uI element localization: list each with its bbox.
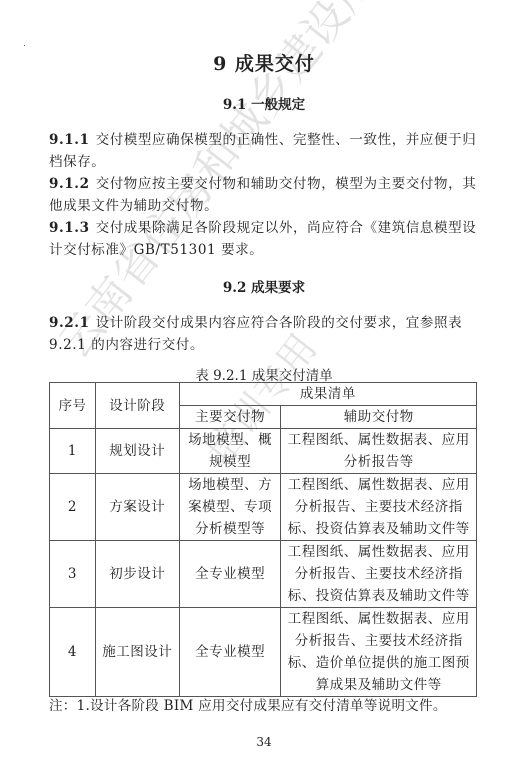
- cell-stage: 方案设计: [95, 474, 179, 541]
- clause-9-1-2: 9.1.2交付物应按主要交付物和辅助交付物，模型为主要交付物，其他成果文件为辅助…: [49, 173, 479, 217]
- cell-aux: 工程图纸、属性数据表、应用分析报告等: [281, 429, 477, 474]
- cell-aux: 工程图纸、属性数据表、应用分析报告、主要技术经济指标、投资估算表及辅助文件等: [281, 541, 477, 608]
- cell-seq: 3: [50, 541, 96, 608]
- scan-speck: [24, 45, 25, 46]
- deliverables-table: 序号 设计阶段 成果清单 主要交付物 辅助交付物 1 规划设计 场地模型、概规模…: [49, 382, 477, 697]
- table-note: 注：1.设计各阶段 BIM 应用交付成果应有交付清单等说明文件。: [49, 694, 447, 714]
- page-number: 34: [0, 735, 528, 749]
- section-heading-9-1: 9.1 一般规定: [0, 93, 528, 113]
- header-aux: 辅助交付物: [281, 406, 477, 429]
- cell-main: 全专业模型: [179, 541, 281, 608]
- clause-9-1-1: 9.1.1交付模型应确保模型的正确性、完整性、一致性，并应便于归档保存。: [49, 129, 479, 173]
- clause-9-2-1: 9.2.1设计阶段交付成果内容应符合各阶段的交付要求，宜参照表 9.2.1 的内…: [49, 312, 479, 356]
- cell-aux: 工程图纸、属性数据表、应用分析报告、主要技术经济指标、造价单位提供的施工图预算成…: [281, 608, 477, 697]
- table-row: 4 施工图设计 全专业模型 工程图纸、属性数据表、应用分析报告、主要技术经济指标…: [50, 608, 477, 697]
- cell-seq: 4: [50, 608, 96, 697]
- header-results: 成果清单: [179, 383, 476, 406]
- clause-text: 交付模型应确保模型的正确性、完整性、一致性，并应便于归档保存。: [49, 132, 476, 170]
- cell-seq: 1: [50, 429, 96, 474]
- clause-9-1-3: 9.1.3交付成果除满足各阶段规定以外，尚应符合《建筑信息模型设计交付标准》GB…: [49, 217, 479, 261]
- clause-number: 9.1.1: [49, 132, 90, 148]
- clause-text: 交付物应按主要交付物和辅助交付物，模型为主要交付物，其他成果文件为辅助交付物。: [49, 176, 476, 214]
- chapter-title: 9 成果交付: [0, 49, 528, 76]
- header-stage: 设计阶段: [95, 383, 179, 429]
- clause-number: 9.2.1: [49, 315, 90, 331]
- clause-text: 设计阶段交付成果内容应符合各阶段的交付要求，宜参照表 9.2.1 的内容进行交付…: [49, 315, 462, 353]
- cell-main: 全专业模型: [179, 608, 281, 697]
- cell-aux: 工程图纸、属性数据表、应用分析报告、主要技术经济指标、投资估算表及辅助文件等: [281, 474, 477, 541]
- table-row: 3 初步设计 全专业模型 工程图纸、属性数据表、应用分析报告、主要技术经济指标、…: [50, 541, 477, 608]
- header-main: 主要交付物: [179, 406, 281, 429]
- cell-stage: 施工图设计: [95, 608, 179, 697]
- table-row: 2 方案设计 场地模型、方案模型、专项分析模型等 工程图纸、属性数据表、应用分析…: [50, 474, 477, 541]
- header-seq: 序号: [50, 383, 96, 429]
- cell-main: 场地模型、概规模型: [179, 429, 281, 474]
- section-heading-9-2: 9.2 成果要求: [0, 276, 528, 296]
- table-caption: 表 9.2.1 成果交付清单: [0, 364, 528, 384]
- cell-stage: 规划设计: [95, 429, 179, 474]
- table-row: 1 规划设计 场地模型、概规模型 工程图纸、属性数据表、应用分析报告等: [50, 429, 477, 474]
- cell-stage: 初步设计: [95, 541, 179, 608]
- cell-seq: 2: [50, 474, 96, 541]
- cell-main: 场地模型、方案模型、专项分析模型等: [179, 474, 281, 541]
- clause-number: 9.1.2: [49, 176, 90, 192]
- clause-number: 9.1.3: [49, 220, 90, 236]
- clause-text: 交付成果除满足各阶段规定以外，尚应符合《建筑信息模型设计交付标准》GB/T513…: [49, 220, 476, 258]
